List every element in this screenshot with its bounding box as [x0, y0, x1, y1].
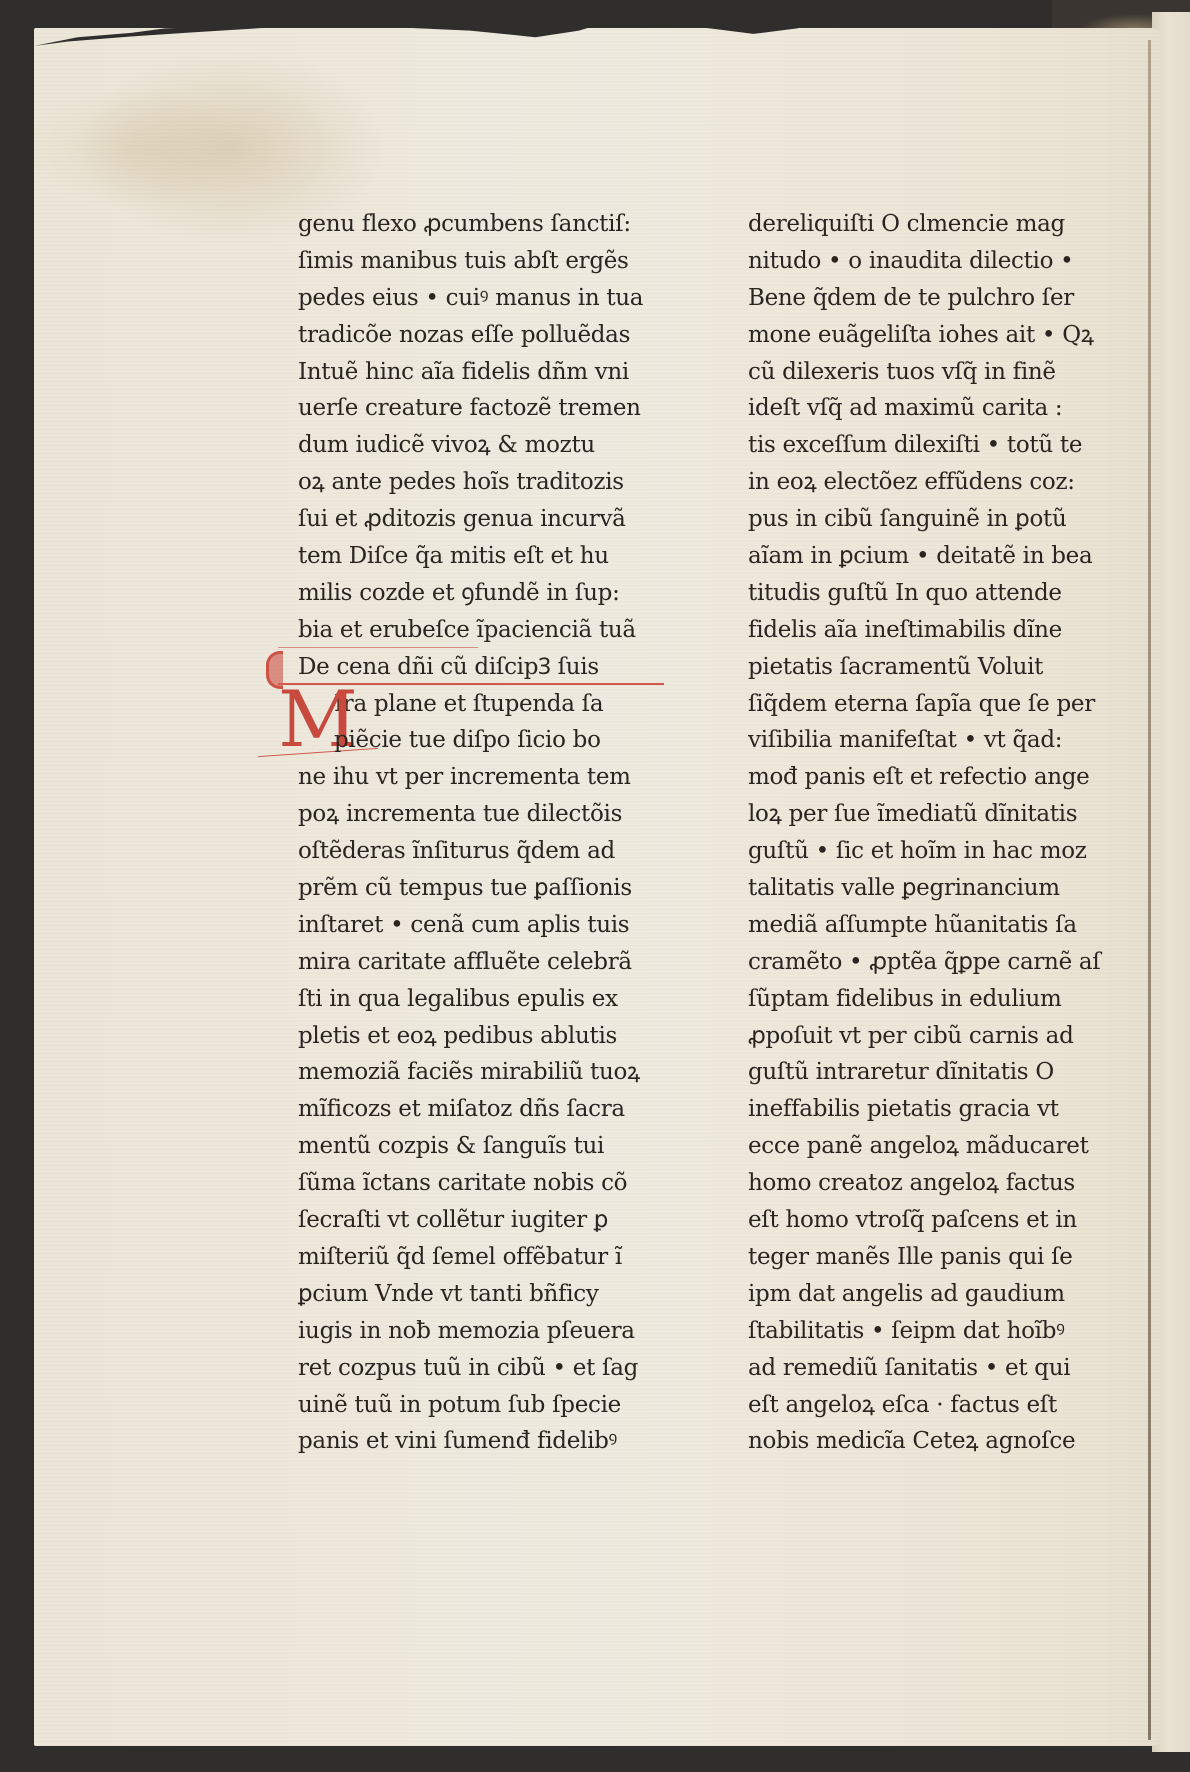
text-line: miſteriũ q̃d ſemel offẽbatur ĩ — [298, 1239, 658, 1276]
text-line: ꝓpoſuit vt per cibũ carnis ad — [748, 1018, 1118, 1055]
text-line: memoziã faciẽs mirabiliũ tuoꝝ — [298, 1054, 658, 1091]
text-line: cramẽto • ꝓptẽa q̃ꝑpe carnẽ aſ — [748, 944, 1118, 981]
text-line: Intuẽ hinc aĩa fidelis dñm vni — [298, 354, 658, 391]
text-line: talitatis valle ꝑegrinancium — [748, 870, 1118, 907]
text-line: piẽcie tue diſpo ſicio bo — [298, 722, 658, 759]
text-line: viſibilia manifeſtat • vt q̃ad: — [748, 722, 1118, 759]
text-line: poꝝ incrementa tue dilectõis — [298, 796, 658, 833]
text-line: oꝝ ante pedes hoĩs traditozis — [298, 464, 658, 501]
text-line: pedes eius • cuiꝰ manus in tua — [298, 280, 658, 317]
text-line: ineffabilis pietatis gracia vt — [748, 1091, 1118, 1128]
text-line: ſiq̃dem eterna ſapĩa que ſe per — [748, 686, 1118, 723]
text-line: mentũ cozpis & ſanguĩs tui — [298, 1128, 658, 1165]
text-line: panis et vini ſumenđ fidelibꝰ — [298, 1423, 658, 1460]
text-line: ſimis manibus tuis abſt ergẽs — [298, 243, 658, 280]
text-line: pietatis ſacramentũ Voluit — [748, 649, 1118, 686]
text-line: ſtabilitatis • ſeipm dat hoĩbꝰ — [748, 1313, 1118, 1350]
text-line: loꝝ per ſue ĩmediatũ dĩnitatis — [748, 796, 1118, 833]
text-line: pus in cibũ ſanguinẽ in ꝑotũ — [748, 501, 1118, 538]
text-line: guſtũ intraretur dĩnitatis O — [748, 1054, 1118, 1091]
text-line: dum iudicẽ vivoꝝ & moztu — [298, 427, 658, 464]
rubric-overline — [278, 647, 478, 648]
text-line: uerſe creature factozẽ tremen — [298, 390, 658, 427]
text-line: eſt angeloꝝ eſca · factus eſt — [748, 1387, 1118, 1424]
text-line: dereliquiſti O clmencie mag — [748, 206, 1118, 243]
text-line: fidelis aĩa ineſtimabilis dĩne — [748, 612, 1118, 649]
text-line: tis exceſſum dilexiſti • totũ te — [748, 427, 1118, 464]
text-line: ſũma ĩctans caritate nobis cõ — [298, 1165, 658, 1202]
text-line: mone euãgeliſta iohes ait • Qꝝ — [748, 317, 1118, 354]
text-line: ad remediũ ſanitatis • et qui — [748, 1350, 1118, 1387]
text-line: ꝑcium Vnde vt tanti bñficy — [298, 1276, 658, 1313]
text-line: ret cozpus tuũ in cibũ • et ſag — [298, 1350, 658, 1387]
text-line: nitudo • o inaudita dilectio • — [748, 243, 1118, 280]
text-line: Bene q̃dem de te pulchro ſer — [748, 280, 1118, 317]
binding-fold — [1148, 40, 1151, 1740]
text-line: homo creatoz angeloꝝ factus — [748, 1165, 1118, 1202]
text-line: ecce panẽ angeloꝝ mãducaret — [748, 1128, 1118, 1165]
text-line: cũ dilexeris tuos vſq̃ in finẽ — [748, 354, 1118, 391]
right-text-column: dereliquiſti O clmencie magnitudo • o in… — [748, 206, 1118, 1460]
text-line: oſtẽderas ĩnſiturus q̃dem ad — [298, 833, 658, 870]
text-line: mĩficozs et miſatoz dñs ſacra — [298, 1091, 658, 1128]
text-line: ipm dat angelis ad gaudium — [748, 1276, 1118, 1313]
text-line: in eoꝝ electõez effũdens coz: — [748, 464, 1118, 501]
text-line: nobis medicĩa Ceteꝝ agnoſce — [748, 1423, 1118, 1460]
text-line: tem Diſce q̃a mitis eſt et hu — [298, 538, 658, 575]
text-line: mođ panis eſt et refectio ange — [748, 759, 1118, 796]
text-line: prẽm cũ tempus tue ꝑaſſionis — [298, 870, 658, 907]
text-line: uinẽ tuũ in potum ſub ſpecie — [298, 1387, 658, 1424]
text-line: ſti in qua legalibus epulis ex — [298, 981, 658, 1018]
text-line: milis cozde et ꝯfundẽ in ſup: — [298, 575, 658, 612]
text-line: aĩam in ꝑcium • deitatẽ in bea — [748, 538, 1118, 575]
text-line: ſui et ꝓditozis genua incurvã — [298, 501, 658, 538]
text-line: ſecraſti vt collẽtur iugiter ꝑ — [298, 1202, 658, 1239]
text-line: mira caritate affluẽte celebrã — [298, 944, 658, 981]
text-line: Ira plane et ſtupenda ſaM — [298, 686, 658, 723]
left-text-column: genu flexo ꝓcumbens ſanctiſ:ſimis manibu… — [298, 206, 658, 1460]
text-line: inſtaret • cenã cum aplis tuis — [298, 907, 658, 944]
text-line: guſtũ • ſic et hoĩm in hac moz — [748, 833, 1118, 870]
text-line: teger manẽs Ille panis qui ſe — [748, 1239, 1118, 1276]
text-line: genu flexo ꝓcumbens ſanctiſ: — [298, 206, 658, 243]
text-line: ne ihu vt per incrementa tem — [298, 759, 658, 796]
text-line: pletis et eoꝝ pedibus ablutis — [298, 1018, 658, 1055]
text-line: tradicõe nozas eſſe polluẽdas — [298, 317, 658, 354]
text-line: titudis guſtũ In quo attende — [748, 575, 1118, 612]
text-line: mediã aſſumpte hũanitatis ſa — [748, 907, 1118, 944]
text-line: iugis in noƀ memozia pſeuera — [298, 1313, 658, 1350]
text-line: bia et erubeſce ĩpacienciã tuã — [298, 612, 658, 649]
text-line: eſt homo vtroſq̃ paſcens et in — [748, 1202, 1118, 1239]
text-line: ſũptam fidelibus in edulium — [748, 981, 1118, 1018]
text-line: ideſt vſq̃ ad maximũ carita : — [748, 390, 1118, 427]
